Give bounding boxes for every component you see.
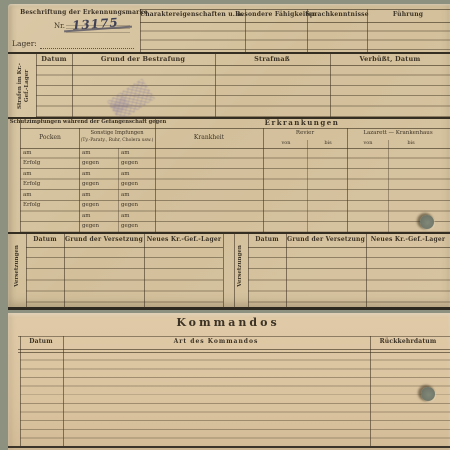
cell-label: am: [23, 193, 32, 199]
cell-label: am: [23, 172, 32, 178]
cell-label: gegen: [82, 182, 99, 188]
pocken-col-header: Pocken: [39, 135, 61, 141]
transfers-row-lines: [26, 247, 223, 303]
kommandos-col-header: Datum: [29, 339, 53, 345]
illnesses-header: Erkrankungen: [265, 119, 340, 126]
traits-col-header: Sprachkenntnisse: [305, 12, 368, 18]
grid-line: [20, 128, 450, 129]
cell-label: gegen: [121, 224, 138, 230]
grid-line: [18, 349, 450, 350]
punch-hole: [420, 215, 434, 229]
punishments-row-lines: [36, 65, 450, 117]
transfers-side-label: Versetzungen: [12, 241, 22, 291]
cell-label: am: [82, 214, 91, 220]
section-divider: [8, 52, 450, 54]
cell-label: gegen: [121, 161, 138, 167]
cell-label: am: [121, 214, 130, 220]
cell-label: gegen: [82, 224, 99, 230]
traits-row-lines: [140, 22, 450, 50]
punishments-col-header: Verbüßt, Datum: [360, 56, 421, 63]
von-label: von: [281, 141, 290, 146]
cell-label: Erfolg: [23, 182, 40, 188]
cell-label: Erfolg: [23, 161, 40, 167]
idtag-label: Beschriftung der Erkennungsmarke: [20, 10, 148, 16]
sonstige-col-subheader: (Ty.-Paraty., Ruhr, Cholera usw.): [81, 139, 154, 144]
cell-label: gegen: [121, 203, 138, 209]
punishments-col-header: Grund der Bestrafung: [101, 56, 185, 63]
grid-line: [18, 336, 450, 337]
cell-label: am: [121, 151, 130, 157]
section-divider: [8, 232, 450, 234]
vaccinations-header: Schutzimpfungen während der Gefangenscha…: [10, 120, 167, 125]
cell-label: am: [121, 193, 130, 199]
lager-label: Lager:: [12, 40, 37, 48]
sonstige-col-header: Sonstige Impfungen: [90, 131, 143, 136]
transfers-side-label: Versetzungen: [235, 241, 245, 291]
bis-label: bis: [324, 141, 331, 146]
transfers-col-header: Neues Kr.-Gef.-Lager: [147, 237, 222, 243]
krankheit-col-header: Krankheit: [194, 135, 224, 141]
cell-label: am: [82, 193, 91, 199]
cell-label: am: [23, 151, 32, 157]
cell-label: am: [82, 151, 91, 157]
cell-label: am: [121, 172, 130, 178]
lazarett-col-header: Lazarett — Krankenhaus: [363, 131, 432, 137]
punishments-col-header: Strafmaß: [254, 56, 290, 63]
transfers-col-header: Grund der Versetzung: [287, 237, 365, 243]
traits-col-header: Führung: [393, 12, 423, 18]
von-label: von: [363, 141, 372, 146]
cell-label: Erfolg: [23, 203, 40, 209]
transfers-col-header: Grund der Versetzung: [65, 237, 143, 243]
kommandos-col-header: Rückkehrdatum: [380, 339, 437, 345]
cell-label: gegen: [82, 203, 99, 209]
transfers-col-header: Neues Kr.-Gef.-Lager: [371, 237, 446, 243]
punishments-col-header: Datum: [41, 56, 66, 63]
lager-dotted-line: [40, 41, 134, 49]
kommandos-row-lines: [20, 352, 450, 447]
grid-line: [234, 232, 235, 308]
grid-line: [140, 9, 450, 10]
kommandos-col-header: Art des Kommandos: [174, 339, 259, 345]
punch-hole: [421, 387, 435, 401]
transfers-col-header: Datum: [255, 237, 279, 243]
bis-label: bis: [407, 141, 414, 146]
kommandos-title: Kommandos: [176, 317, 279, 328]
transfers-row-lines: [248, 247, 450, 303]
traits-col-header: Charaktereigenschaften u. a.: [140, 12, 243, 18]
cell-label: am: [82, 172, 91, 178]
cell-label: gegen: [82, 161, 99, 167]
grid-line: [223, 232, 224, 308]
card-bottom-edge: [8, 446, 450, 448]
idtag-nr-label: Nr.: [54, 23, 65, 30]
scanned-pow-record-card: Beschriftung der Erkennungsmarke Nr. 131…: [0, 0, 450, 450]
transfers-col-header: Datum: [33, 237, 57, 243]
cell-label: gegen: [121, 182, 138, 188]
revier-col-header: Revier: [296, 131, 314, 137]
punishments-side-label: Strafen im Kr.-Gef.-Lager: [10, 59, 38, 113]
